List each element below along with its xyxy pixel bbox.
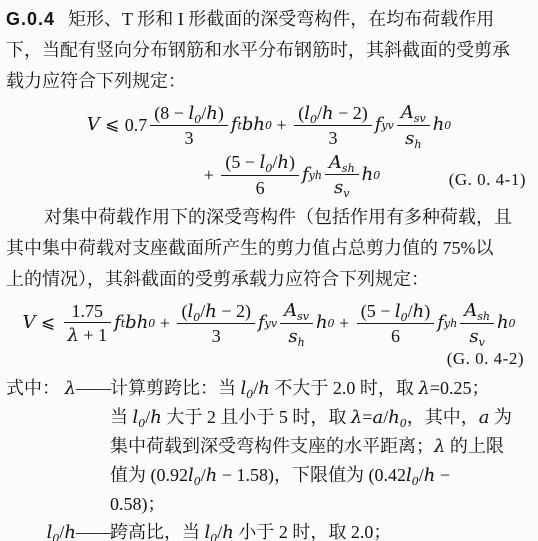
formula-g042: V ⩽ 1.75λ + 1ftbh0 + (l0/h − 2)3fyvAsvsh… xyxy=(6,299,532,369)
where-row-3: 集中荷载到深受弯构件支座的水平距离；λ 的上限 xyxy=(6,432,532,461)
lambda-definition-line-2: 当 l0/h 大于 2 且小于 5 时，取 λ=a/h0，其中，a 为 xyxy=(110,403,532,432)
formula-g041-label: (G. 0. 4-1) xyxy=(449,170,526,190)
fraction: 1.75λ + 1 xyxy=(64,300,112,348)
clause-line-1-text: 矩形、T 形和 I 形截面的深受弯构件，在均布荷载作用 xyxy=(68,9,494,29)
clause-line-3: 载力应符合下列规定： xyxy=(6,66,532,97)
span-depth-ratio-column: l0/h—— xyxy=(6,518,110,541)
lambda-definition-line-1: 计算剪跨比：当 l0/h 不大于 2.0 时，取 λ=0.25； xyxy=(110,374,532,403)
clause-number: G.0.4 xyxy=(6,9,55,29)
fraction: Asvsh xyxy=(397,101,430,150)
where-row-2: 当 l0/h 大于 2 且小于 5 时，取 λ=a/h0，其中，a 为 xyxy=(6,403,532,432)
concentrated-load-paragraph: 对集中荷载作用下的深受弯构件（包括作用有多种荷载，且 其中集中荷载对支座截面所产… xyxy=(6,202,532,295)
concentrated-line-2: 其中集中荷载对支座截面所产生的剪力值占总剪力值的 75%以 xyxy=(6,233,532,264)
formula-g041-line-2-wrap: + (5 − l0/h)6fyhAshsvh0 (G. 0. 4-1) xyxy=(6,150,532,200)
clause-intro-paragraph: G.0.4矩形、T 形和 I 形截面的深受弯构件，在均布荷载作用 下，当配有竖向… xyxy=(6,4,532,97)
where-row-4: 值为 (0.92l0/h − 1.58)，下限值为 (0.42l0/h − xyxy=(6,461,532,490)
where-lead-column: 式中： λ—— xyxy=(6,374,110,403)
span-depth-ratio-definition: 跨高比，当 l0/h 小于 2 时，取 2.0； xyxy=(110,518,532,541)
clause-line-2: 下，当配有竖向分布钢筋和水平分布钢筋时，其斜截面的受剪承 xyxy=(6,35,532,66)
symbol-span-depth-ratio-glyph: l0/h xyxy=(47,522,76,541)
concentrated-line-1: 对集中荷载作用下的深受弯构件（包括作用有多种荷载，且 xyxy=(6,202,532,233)
concentrated-line-3: 上的情况），其斜截面的受剪承载力应符合下列规定： xyxy=(6,264,532,295)
symbol-span-depth-ratio: l0/h—— xyxy=(47,518,110,541)
where-row-5: 0.58)； xyxy=(6,490,532,518)
clause-line-1: G.0.4矩形、T 形和 I 形截面的深受弯构件，在均布荷载作用 xyxy=(6,4,532,35)
lambda-definition-line-4: 值为 (0.92l0/h − 1.58)，下限值为 (0.42l0/h − xyxy=(110,461,532,490)
formula-g041-line-1: V ⩽ 0.7(8 − l0/h)3ftbh0 + (l0/h − 2)3fyv… xyxy=(6,101,532,150)
fraction: (8 − l0/h)3 xyxy=(150,102,228,150)
formula-g041: V ⩽ 0.7(8 − l0/h)3ftbh0 + (l0/h − 2)3fyv… xyxy=(6,101,532,200)
lambda-definition-line-5: 0.58)； xyxy=(110,490,532,518)
symbol-definitions-block: 式中： λ—— 计算剪跨比：当 l0/h 不大于 2.0 时，取 λ=0.25；… xyxy=(6,374,532,541)
fraction: Asvsh xyxy=(280,299,313,348)
fraction: (5 − l0/h)6 xyxy=(357,300,435,348)
where-row-6: l0/h—— 跨高比，当 l0/h 小于 2 时，取 2.0； xyxy=(6,518,532,541)
em-dash: —— xyxy=(76,378,110,398)
symbol-lambda: λ—— xyxy=(65,374,110,403)
where-row-1: 式中： λ—— 计算剪跨比：当 l0/h 不大于 2.0 时，取 λ=0.25； xyxy=(6,374,532,403)
em-dash: —— xyxy=(76,522,110,541)
fraction: (l0/h − 2)3 xyxy=(177,300,255,348)
formula-g042-line-1: V ⩽ 1.75λ + 1ftbh0 + (l0/h − 2)3fyvAsvsh… xyxy=(6,299,532,348)
where-lead-label: 式中： xyxy=(6,374,60,403)
code-document-page: G.0.4矩形、T 形和 I 形截面的深受弯构件，在均布荷载作用 下，当配有竖向… xyxy=(0,0,538,541)
fraction: Ashsv xyxy=(325,151,359,200)
lambda-definition-line-3: 集中荷载到深受弯构件支座的水平距离；λ 的上限 xyxy=(110,432,532,461)
formula-g042-label: (G. 0. 4-2) xyxy=(6,349,532,369)
fraction: (l0/h − 2)3 xyxy=(294,102,372,150)
fraction: (5 − l0/h)6 xyxy=(221,151,299,199)
formula-g041-line-2: + (5 − l0/h)6fyhAshsvh0 xyxy=(204,150,381,200)
symbol-lambda-glyph: λ xyxy=(65,378,76,398)
fraction: Ashsv xyxy=(460,299,494,348)
